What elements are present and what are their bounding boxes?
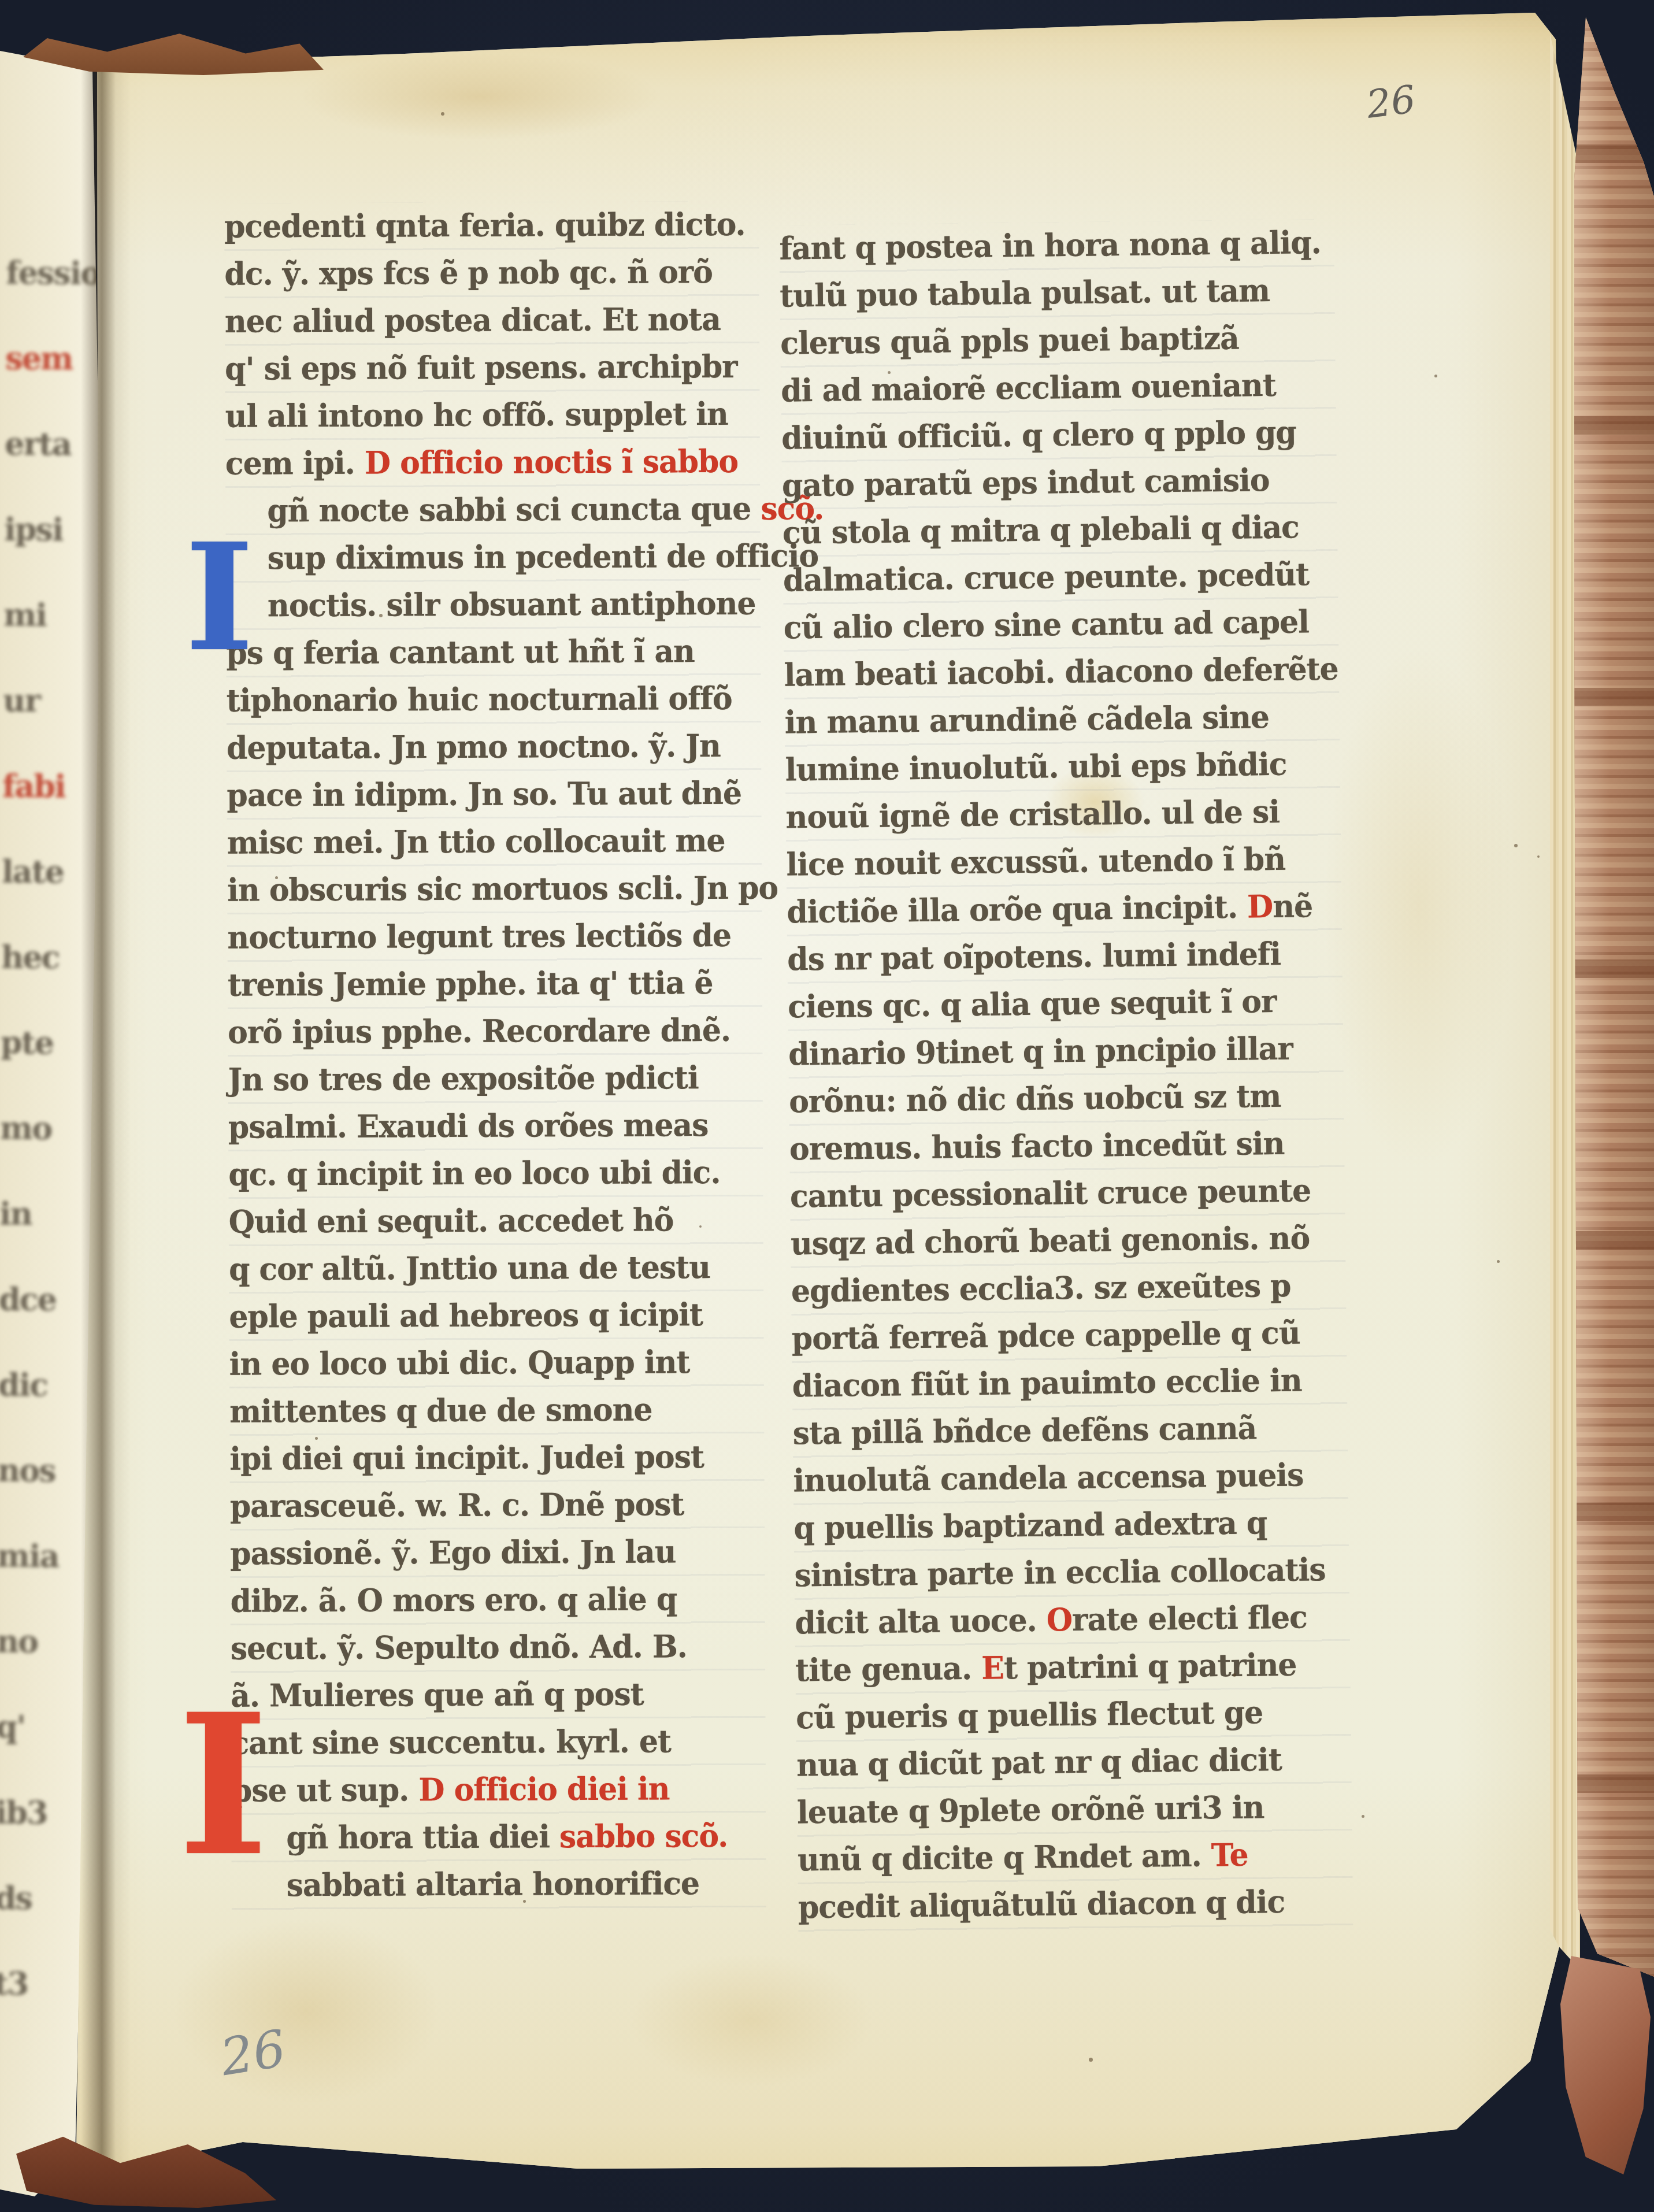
text-line: pcedenti qnta feria. quibz dicto.	[224, 200, 759, 251]
ink-speck	[699, 1225, 702, 1228]
text-segment: inuolutã candela accensa pueis	[793, 1457, 1304, 1499]
text-segment: t patrini q patrine	[1004, 1647, 1297, 1687]
text-line: sup diximus in pcedenti de officio	[225, 532, 760, 583]
facing-page-text-fragment: mo	[0, 1085, 87, 1171]
stain	[630, 1954, 873, 2087]
text-segment: D officio noctis ĩ sabbo	[365, 443, 738, 481]
stain	[173, 1919, 439, 2104]
facing-page-text-fragment: fessio	[6, 230, 93, 316]
facing-page-text-fragment: pte	[1, 999, 88, 1085]
facing-page-text-fragment: fabi	[2, 743, 90, 829]
text-segment: misc mei. Jn ttio collocauit me	[227, 822, 725, 861]
text-segment: unũ q dicite q Rndet am.	[798, 1837, 1211, 1878]
text-segment: E	[981, 1650, 1004, 1687]
text-segment: eple pauli ad hebreos q icipit	[229, 1296, 703, 1335]
text-segment: clerus quã ppls puei baptizã	[780, 320, 1239, 362]
text-segment: q puellis baptizand adextra q	[793, 1505, 1267, 1547]
text-line: fant q postea in hora nona q aliq.	[779, 218, 1334, 273]
text-line: psalmi. Exaudi ds orões meas	[228, 1101, 763, 1152]
illuminated-initial-red: I	[178, 1706, 269, 1865]
text-line: usqz ad chorũ beati genonis. nõ	[791, 1213, 1346, 1269]
text-line: dalmatica. cruce peunte. pcedũt	[783, 550, 1338, 605]
text-segment: cant sine succentu. kyrl. et	[231, 1723, 671, 1762]
text-line: deputata. Jn pmo noctno. ỹ. Jn	[227, 721, 761, 773]
text-line: sabbati altaria honorifice	[232, 1859, 766, 1910]
text-segment: lice nouit excussũ. utendo ĩ bñ	[786, 841, 1285, 883]
text-line: tulũ puo tabula pulsat. ut tam	[780, 265, 1335, 321]
facing-page-text-fragment: ib3	[0, 1769, 82, 1855]
facing-page-text-fragment: q'	[0, 1684, 83, 1770]
ink-speck	[1089, 2058, 1093, 2062]
text-segment: dibz. ã. O mors ero. q alie q	[230, 1581, 677, 1620]
text-segment: tite genua.	[795, 1650, 982, 1689]
text-line: parasceuẽ. w. R. c. Dnẽ post	[230, 1480, 765, 1531]
folio-number-top: 26	[1364, 77, 1418, 127]
facing-page-text-fragment: t3	[0, 1940, 81, 2026]
text-segment: rate electi flec	[1072, 1599, 1307, 1639]
text-segment: dalmatica. cruce peunte. pcedũt	[783, 556, 1310, 599]
text-segment: O	[1046, 1602, 1072, 1639]
text-line: dc. ỹ. xps fcs ẽ p nob qc. ñ orõ	[224, 247, 759, 299]
text-line: tite genua. Et patrini q patrine	[795, 1640, 1351, 1695]
text-segment: mittentes q due de smone	[229, 1392, 652, 1431]
text-line: orõ ipius pphe. Recordare dnẽ.	[228, 1006, 762, 1057]
text-line: lice nouit excussũ. utendo ĩ bñ	[786, 834, 1341, 890]
text-line: in manu arundinẽ cãdela sine	[784, 692, 1340, 747]
text-segment: sinistra parte in ecclia collocatis	[794, 1551, 1326, 1594]
text-segment: diuinũ officiũ. q clero q pplo gg	[781, 414, 1296, 457]
text-line: misc mei. Jn ttio collocauit me	[227, 816, 762, 868]
text-segment: fant q postea in hora nona q aliq.	[779, 224, 1321, 267]
text-segment: ciens qc. q alia que sequit ĩ or	[788, 983, 1277, 1025]
illuminated-initial-blue: I	[185, 538, 254, 658]
text-line: unũ q dicite q Rndet am. Te	[798, 1829, 1353, 1885]
text-segment: cũ pueris q puellis flectut ge	[796, 1694, 1263, 1736]
text-segment: pcedit aliquãtulũ diacon q dic	[798, 1884, 1285, 1926]
text-line: mittentes q due de smone	[229, 1385, 764, 1436]
text-segment: portã ferreã pdce cappelle q cũ	[791, 1315, 1300, 1357]
text-line: gñ nocte sabbi sci cuncta que scõ.	[225, 484, 760, 536]
text-segment: q' si eps nõ fuit psens. archipbr	[225, 349, 737, 387]
ink-speck	[888, 371, 891, 374]
text-segment: nocturno legunt tres lectiõs de	[227, 917, 731, 956]
text-line: sta pillã bñdce defẽns cannã	[792, 1403, 1348, 1458]
text-segment: in manu arundinẽ cãdela sine	[784, 699, 1269, 741]
ink-speck	[1497, 1260, 1500, 1263]
text-segment: cantu pcessionalit cruce peunte	[790, 1172, 1311, 1215]
facing-page-text-fragment: erta	[5, 401, 92, 487]
ink-speck	[379, 614, 383, 617]
text-segment: ps q feria cantant ut hñt ĩ an	[226, 633, 695, 672]
text-segment: orõ ipius pphe. Recordare dnẽ.	[228, 1012, 730, 1051]
text-segment: Jn so tres de expositõe pdicti	[228, 1059, 698, 1098]
text-line: nocturno legunt tres lectiõs de	[227, 911, 762, 962]
text-line: secut. ỹ. Sepulto dnõ. Ad. B.	[231, 1622, 765, 1673]
text-line: lumine inuolutũ. ubi eps bñdic	[785, 739, 1340, 795]
text-line: dibz. ã. O mors ero. q alie q	[230, 1574, 765, 1626]
manuscript-page: pcedenti qnta feria. quibz dicto.dc. ỹ. …	[0, 0, 1654, 2212]
text-segment: gato paratũ eps indut camisio	[782, 462, 1270, 504]
text-line: qc. q incipit in eo loco ubi dic.	[228, 1148, 763, 1199]
text-line: leuate q 9plete orõnẽ uri3 in	[797, 1782, 1352, 1837]
facing-page-text-fragment: no	[0, 1598, 83, 1684]
text-segment: cũ alio clero sine cantu ad capel	[784, 603, 1310, 646]
text-segment: tiphonario huic nocturnali offõ	[227, 680, 732, 719]
text-segment: passionẽ. ỹ. Ego dixi. Jn lau	[230, 1533, 676, 1572]
text-line: dicit alta uoce. Orate electi flec	[795, 1592, 1350, 1648]
text-line: q cor altũ. Jnttio una de testu	[229, 1243, 763, 1294]
text-segment: D	[1247, 888, 1273, 925]
text-line: eple pauli ad hebreos q icipit	[229, 1290, 763, 1342]
text-line: nua q dicũt pat nr q diac dicit	[796, 1735, 1352, 1790]
text-line: pse ut sup. D officio diei in	[231, 1764, 766, 1815]
text-line: Quid eni sequit. accedet hõ	[229, 1195, 763, 1247]
book-fore-edge	[1574, 17, 1654, 1994]
folio-number-bottom: 26	[217, 2018, 290, 2087]
facing-page-text-fragment: hec	[1, 914, 88, 1000]
facing-page-text-fragment: nos	[0, 1427, 84, 1513]
text-segment: nua q dicũt pat nr q diac dicit	[796, 1742, 1282, 1784]
text-line: sinistra parte in ecclia collocatis	[794, 1545, 1349, 1600]
text-line: cũ alio clero sine cantu ad capel	[783, 597, 1338, 653]
facing-page-text-fragment: sem	[5, 316, 92, 402]
text-line: ipi diei qui incipit. Judei post	[229, 1432, 764, 1484]
text-column-right: fant q postea in hora nona q aliq.tulũ p…	[779, 219, 1353, 1936]
text-segment: psalmi. Exaudi ds orões meas	[228, 1107, 709, 1146]
text-segment: lam beati iacobi. diacono deferẽte	[784, 651, 1338, 694]
text-segment: sabbati altaria honorifice	[287, 1865, 700, 1904]
text-line: q puellis baptizand adextra q	[793, 1498, 1349, 1553]
facing-page-text-fragment: dic	[0, 1342, 85, 1428]
text-line: nec aliud postea dicat. Et nota	[225, 295, 759, 346]
ink-speck	[1233, 1673, 1236, 1677]
text-line: ds nr pat oĩpotens. lumi indefi	[787, 929, 1343, 984]
text-segment: Quid eni sequit. accedet hõ	[229, 1202, 674, 1240]
text-line: cantu pcessionalit cruce peunte	[790, 1166, 1345, 1221]
text-segment: secut. ỹ. Sepulto dnõ. Ad. B.	[231, 1628, 687, 1667]
facing-page-text-fragment: ipsi	[4, 487, 91, 573]
text-segment: q cor altũ. Jnttio una de testu	[229, 1249, 710, 1288]
text-line: ciens qc. q alia que sequit ĩ or	[788, 976, 1343, 1032]
text-line: dinario 9tinet q in pncipio illar	[788, 1024, 1344, 1079]
text-segment: gñ nocte sabbi sci cuncta que	[267, 491, 761, 529]
text-segment: nec aliud postea dicat. Et nota	[225, 301, 721, 340]
text-segment: cũ stola q mitra q plebali q diac	[783, 509, 1299, 552]
text-line: tiphonario huic nocturnali offõ	[227, 674, 761, 725]
text-line: nouũ ignẽ de cristallo. ul de si	[785, 787, 1341, 842]
facing-page-text-fragment: in	[0, 1170, 86, 1257]
text-line: pace in idipm. Jn so. Tu aut dnẽ	[227, 769, 761, 820]
facing-page-text-fragment: ur	[3, 657, 90, 743]
text-line: portã ferreã pdce cappelle q cũ	[791, 1308, 1347, 1363]
ink-speck	[1362, 1815, 1364, 1818]
text-line: cũ pueris q puellis flectut ge	[796, 1687, 1351, 1743]
facing-page-text-fragment: mia	[0, 1513, 84, 1599]
text-segment: tulũ puo tabula pulsat. ut tam	[780, 272, 1270, 314]
text-segment: sup diximus in pcedenti de officio	[268, 538, 819, 577]
text-line: egdientes ecclia3. sz exeũtes p	[791, 1261, 1346, 1316]
text-segment: sabbo scõ.	[559, 1818, 728, 1855]
text-line: cem ipi. D officio noctis ĩ sabbo	[225, 437, 760, 488]
text-line: gato paratũ eps indut camisio	[782, 455, 1337, 510]
text-line: pcedit aliquãtulũ diacon q dic	[798, 1877, 1353, 1932]
ink-speck	[523, 1900, 526, 1903]
text-segment: sta pillã bñdce defẽns cannã	[792, 1410, 1256, 1453]
facing-page-text-fragment: ds	[0, 1855, 81, 1941]
ink-speck	[1537, 855, 1540, 858]
gutter-shadow	[81, 55, 131, 2170]
text-line: in eo loco ubi dic. Quapp int	[229, 1337, 764, 1389]
text-line: cũ stola q mitra q plebali q diac	[783, 502, 1338, 558]
text-segment: noctis. silr obsuant antiphone	[268, 586, 756, 624]
text-segment: ul ali intono hc offõ. supplet in	[225, 396, 728, 435]
text-segment: pace in idipm. Jn so. Tu aut dnẽ	[227, 775, 741, 814]
text-segment: di ad maiorẽ eccliam oueniant	[781, 367, 1276, 409]
text-segment: pcedenti qnta feria. quibz dicto.	[224, 206, 746, 245]
text-line: ul ali intono hc offõ. supplet in	[225, 390, 759, 441]
facing-page-text: fessiosemertaipsimiurfabilatehecptemoind…	[0, 230, 93, 2027]
text-segment: qc. q incipit in eo loco ubi dic.	[228, 1154, 721, 1193]
text-line: di ad maiorẽ eccliam oueniant	[781, 360, 1336, 416]
facing-page-text-fragment: mi	[3, 572, 91, 658]
text-segment: trenis Jemie pphe. ita q' ttia ẽ	[228, 965, 713, 1003]
text-segment: orõnu: nõ dic dñs uobcũ sz tm	[789, 1078, 1281, 1120]
text-line: Jn so tres de expositõe pdicti	[228, 1053, 762, 1105]
text-segment: nẽ	[1273, 888, 1313, 925]
ink-speck	[1434, 375, 1437, 377]
text-segment: usqz ad chorũ beati genonis. nõ	[791, 1220, 1310, 1262]
text-segment: in eo loco ubi dic. Quapp int	[229, 1344, 690, 1383]
text-segment: parasceuẽ. w. R. c. Dnẽ post	[230, 1486, 684, 1525]
text-segment: diacon fiũt in pauimto ecclie in	[792, 1362, 1302, 1405]
text-segment: lumine inuolutũ. ubi eps bñdic	[785, 746, 1286, 788]
ink-speck	[315, 1437, 318, 1440]
text-segment: Te	[1211, 1837, 1248, 1874]
text-line: trenis Jemie pphe. ita q' ttia ẽ	[228, 958, 762, 1010]
text-line: ps q feria cantant ut hñt ĩ an	[226, 627, 761, 678]
ink-speck	[275, 876, 278, 879]
text-line: diacon fiũt in pauimto ecclie in	[792, 1355, 1347, 1411]
text-line: inuolutã candela accensa pueis	[793, 1450, 1348, 1506]
text-line: in obscuris sic mortuos scli. Jn po	[227, 864, 762, 915]
facing-page-text-fragment: late	[2, 828, 89, 914]
text-column-left: pcedenti qnta feria. quibz dicto.dc. ỹ. …	[224, 201, 766, 1914]
text-segment: dinario 9tinet q in pncipio illar	[788, 1031, 1293, 1073]
text-segment: ipi diei qui incipit. Judei post	[229, 1439, 704, 1477]
text-line: noctis. silr obsuant antiphone	[226, 579, 761, 631]
text-segment: deputata. Jn pmo noctno. ỹ. Jn	[227, 728, 721, 766]
text-segment: cem ipi.	[225, 445, 365, 482]
text-line: oremus. huis facto incedũt sin	[789, 1118, 1345, 1174]
text-segment: egdientes ecclia3. sz exeũtes p	[791, 1268, 1291, 1310]
text-line: cant sine succentu. kyrl. et	[231, 1717, 765, 1768]
binding-leather-bottom-right	[1560, 1956, 1651, 2174]
text-line: diuinũ officiũ. q clero q pplo gg	[781, 407, 1337, 463]
text-segment: gñ hora ttia diei	[286, 1818, 559, 1857]
text-segment: D officio diei in	[418, 1770, 669, 1808]
text-segment: dictiõe illa orõe qua incipit.	[787, 889, 1247, 931]
text-segment: ã. Mulieres que añ q post	[231, 1676, 644, 1715]
stain	[1323, 647, 1514, 1168]
text-line: orõnu: nõ dic dñs uobcũ sz tm	[789, 1071, 1344, 1127]
stain	[301, 53, 659, 140]
text-line: lam beati iacobi. diacono deferẽte	[784, 644, 1339, 700]
text-line: q' si eps nõ fuit psens. archipbr	[225, 342, 759, 394]
text-line: dictiõe illa orõe qua incipit. Dnẽ	[787, 881, 1342, 937]
text-segment: oremus. huis facto incedũt sin	[789, 1125, 1285, 1168]
manuscript-photo: fessiosemertaipsimiurfabilatehecptemoind…	[0, 0, 1654, 2212]
text-segment: ds nr pat oĩpotens. lumi indefi	[787, 936, 1281, 978]
ink-speck	[1514, 844, 1518, 847]
text-line: clerus quã ppls puei baptizã	[780, 313, 1336, 368]
text-segment: dicit alta uoce.	[795, 1602, 1047, 1642]
text-line: passionẽ. ỹ. Ego dixi. Jn lau	[230, 1527, 765, 1579]
text-line: gñ hora ttia diei sabbo scõ.	[231, 1811, 766, 1863]
text-segment: leuate q 9plete orõnẽ uri3 in	[797, 1789, 1264, 1831]
text-segment: in obscuris sic mortuos scli. Jn po	[227, 870, 778, 909]
text-segment: dc. ỹ. xps fcs ẽ p nob qc. ñ orõ	[224, 254, 713, 292]
ink-speck	[441, 112, 444, 116]
text-segment: nouũ ignẽ de cristallo. ul de si	[785, 794, 1280, 836]
facing-page-text-fragment: dce	[0, 1256, 86, 1342]
text-line: ã. Mulieres que añ q post	[231, 1669, 765, 1721]
